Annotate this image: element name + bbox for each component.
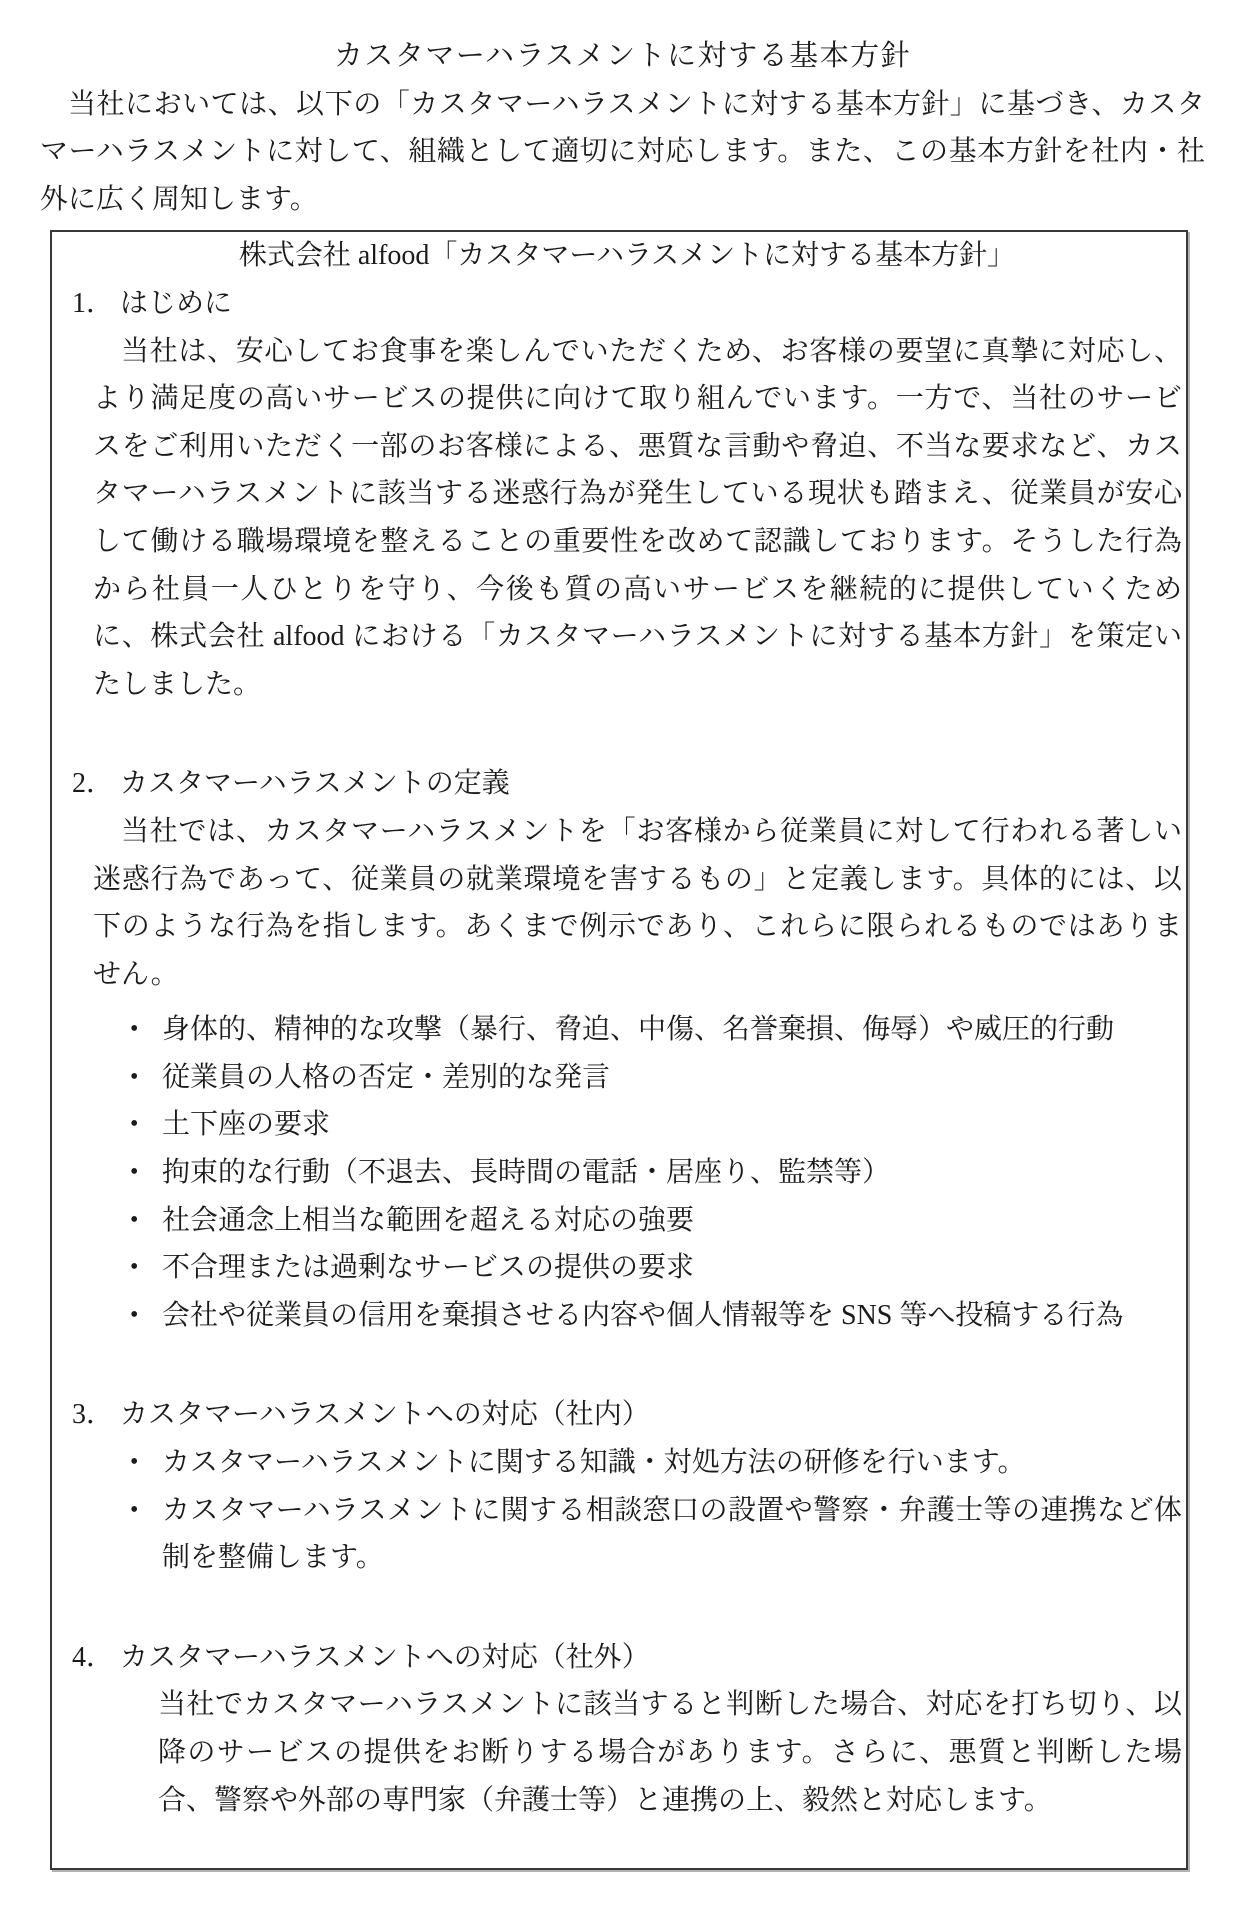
paragraph-line: スをご利用いただく一部のお客様による、悪質な言動や脅迫、不当な要求など、カス [93, 423, 1182, 471]
paragraph-line: 当社は、安心してお食事を楽しんでいただくため、お客様の要望に真摯に対応し、 [93, 328, 1182, 376]
paragraph-line: タマーハラスメントに該当する迷惑行為が発生している現状も踏まえ、従業員が安心 [93, 470, 1182, 518]
section-paragraph: 当社では、カスタマーハラスメントを「お客様から従業員に対して行われる著しい迷惑行… [93, 808, 1182, 998]
intro-line: マーハラスメントに対して、組織として適切に対応します。また、この基本方針を社内・… [40, 128, 1205, 176]
bullet-icon: • [130, 1054, 162, 1102]
policy-box-heading: 株式会社 alfood「カスタマーハラスメントに対する基本方針」 [72, 232, 1182, 280]
bullet-line: カスタマーハラスメントに関する知識・対処方法の研修を行います。 [162, 1439, 1182, 1487]
bullet-icon: • [130, 1149, 162, 1197]
paragraph-line: たしました。 [93, 661, 1182, 709]
paragraph-line: から社員一人ひとりを守り、今後も質の高いサービスを継続的に提供していくため [93, 566, 1182, 614]
bullet-text: 社会通念上相当な範囲を超える対応の強要 [162, 1197, 1182, 1245]
policy-sections: 1．はじめに当社は、安心してお食事を楽しんでいただくため、お客様の要望に真摯に対… [72, 280, 1182, 1824]
section-heading: 4．カスタマーハラスメントへの対応（社外） [72, 1634, 1182, 1682]
bullet-icon: • [130, 1197, 162, 1245]
bullet-item: •拘束的な行動（不退去、長時間の電話・居座り、監禁等） [130, 1149, 1182, 1197]
section-number: 1． [72, 280, 120, 328]
document-page: カスタマーハラスメントに対する基本方針 当社においては、以下の「カスタマーハラス… [0, 0, 1244, 1920]
paragraph-line: 下のような行為を指します。あくまで例示であり、これらに限られるものではありま [93, 903, 1182, 951]
policy-section-3: 3．カスタマーハラスメントへの対応（社内）•カスタマーハラスメントに関する知識・… [72, 1391, 1182, 1581]
intro-line: 外に広く周知します。 [40, 176, 1205, 224]
bullet-text: 不合理または過剰なサービスの提供の要求 [162, 1244, 1182, 1292]
section-number: 2． [72, 760, 120, 808]
section-number: 4． [72, 1634, 120, 1682]
bullet-item: •社会通念上相当な範囲を超える対応の強要 [130, 1197, 1182, 1245]
bullet-line: カスタマーハラスメントに関する相談窓口の設置や警察・弁護士等の連携など体 [162, 1487, 1182, 1535]
policy-section-4: 4．カスタマーハラスメントへの対応（社外）当社でカスタマーハラスメントに該当する… [72, 1634, 1182, 1824]
bullet-text: カスタマーハラスメントに関する相談窓口の設置や警察・弁護士等の連携など体制を整備… [162, 1487, 1182, 1582]
bullet-text: カスタマーハラスメントに関する知識・対処方法の研修を行います。 [162, 1439, 1182, 1487]
paragraph-line: に、株式会社 alfood における「カスタマーハラスメントに対する基本方針」を… [93, 613, 1182, 661]
bullet-item: •会社や従業員の信用を棄損させる内容や個人情報等を SNS 等へ投稿する行為 [130, 1292, 1182, 1340]
bullet-icon: • [130, 1101, 162, 1149]
bullet-line: 身体的、精神的な攻撃（暴行、脅迫、中傷、名誉棄損、侮辱）や威圧的行動 [162, 1006, 1182, 1054]
bullet-list: •身体的、精神的な攻撃（暴行、脅迫、中傷、名誉棄損、侮辱）や威圧的行動•従業員の… [72, 1006, 1182, 1339]
section-paragraph: 当社は、安心してお食事を楽しんでいただくため、お客様の要望に真摯に対応し、より満… [93, 328, 1182, 709]
bullet-icon: • [130, 1292, 162, 1340]
bullet-item: •従業員の人格の否定・差別的な発言 [130, 1054, 1182, 1102]
paragraph-line: 当社でカスタマーハラスメントに該当すると判断した場合、対応を打ち切り、以 [158, 1681, 1182, 1729]
paragraph-line: より満足度の高いサービスの提供に向けて取り組んでいます。一方で、当社のサービ [93, 375, 1182, 423]
section-paragraph: 当社でカスタマーハラスメントに該当すると判断した場合、対応を打ち切り、以降のサー… [158, 1681, 1182, 1824]
section-number: 3． [72, 1391, 120, 1439]
bullet-item: •カスタマーハラスメントに関する相談窓口の設置や警察・弁護士等の連携など体制を整… [130, 1487, 1182, 1582]
section-title: カスタマーハラスメントへの対応（社外） [120, 1634, 650, 1682]
intro-line: 当社においては、以下の「カスタマーハラスメントに対する基本方針」に基づき、カスタ [40, 81, 1205, 129]
bullet-item: •カスタマーハラスメントに関する知識・対処方法の研修を行います。 [130, 1439, 1182, 1487]
policy-section-2: 2．カスタマーハラスメントの定義当社では、カスタマーハラスメントを「お客様から従… [72, 760, 1182, 1339]
bullet-line: 会社や従業員の信用を棄損させる内容や個人情報等を SNS 等へ投稿する行為 [162, 1292, 1182, 1340]
bullet-text: 会社や従業員の信用を棄損させる内容や個人情報等を SNS 等へ投稿する行為 [162, 1292, 1182, 1340]
bullet-item: •身体的、精神的な攻撃（暴行、脅迫、中傷、名誉棄損、侮辱）や威圧的行動 [130, 1006, 1182, 1054]
bullet-list: •カスタマーハラスメントに関する知識・対処方法の研修を行います。•カスタマーハラ… [72, 1439, 1182, 1582]
bullet-item: •不合理または過剰なサービスの提供の要求 [130, 1244, 1182, 1292]
bullet-line: 制を整備します。 [162, 1534, 1182, 1582]
paragraph-line: 迷惑行為であって、従業員の就業環境を害するもの」と定義します。具体的には、以 [93, 856, 1182, 904]
bullet-line: 土下座の要求 [162, 1101, 1182, 1149]
bullet-text: 土下座の要求 [162, 1101, 1182, 1149]
bullet-text: 従業員の人格の否定・差別的な発言 [162, 1054, 1182, 1102]
bullet-text: 拘束的な行動（不退去、長時間の電話・居座り、監禁等） [162, 1149, 1182, 1197]
paragraph-line: 降のサービスの提供をお断りする場合があります。さらに、悪質と判断した場 [158, 1729, 1182, 1777]
bullet-line: 従業員の人格の否定・差別的な発言 [162, 1054, 1182, 1102]
paragraph-line: 当社では、カスタマーハラスメントを「お客様から従業員に対して行われる著しい [93, 808, 1182, 856]
section-title: カスタマーハラスメントへの対応（社内） [120, 1391, 650, 1439]
bullet-text: 身体的、精神的な攻撃（暴行、脅迫、中傷、名誉棄損、侮辱）や威圧的行動 [162, 1006, 1182, 1054]
page-title: カスタマーハラスメントに対する基本方針 [40, 33, 1205, 81]
bullet-line: 不合理または過剰なサービスの提供の要求 [162, 1244, 1182, 1292]
section-heading: 1．はじめに [72, 280, 1182, 328]
bullet-line: 社会通念上相当な範囲を超える対応の強要 [162, 1197, 1182, 1245]
section-title: はじめに [120, 280, 232, 328]
policy-section-1: 1．はじめに当社は、安心してお食事を楽しんでいただくため、お客様の要望に真摯に対… [72, 280, 1182, 708]
intro-paragraph: 当社においては、以下の「カスタマーハラスメントに対する基本方針」に基づき、カスタ… [40, 81, 1205, 224]
bullet-icon: • [130, 1006, 162, 1054]
paragraph-line: して働ける職場環境を整えることの重要性を改めて認識しております。そうした行為 [93, 518, 1182, 566]
policy-box: 株式会社 alfood「カスタマーハラスメントに対する基本方針」 1．はじめに当… [50, 230, 1188, 1870]
bullet-item: •土下座の要求 [130, 1101, 1182, 1149]
paragraph-line: せん。 [93, 951, 1182, 999]
section-title: カスタマーハラスメントの定義 [120, 760, 510, 808]
paragraph-line: 合、警察や外部の専門家（弁護士等）と連携の上、毅然と対応します。 [158, 1777, 1182, 1825]
bullet-icon: • [130, 1439, 162, 1487]
bullet-icon: • [130, 1244, 162, 1292]
section-heading: 2．カスタマーハラスメントの定義 [72, 760, 1182, 808]
bullet-line: 拘束的な行動（不退去、長時間の電話・居座り、監禁等） [162, 1149, 1182, 1197]
bullet-icon: • [130, 1487, 162, 1582]
section-heading: 3．カスタマーハラスメントへの対応（社内） [72, 1391, 1182, 1439]
